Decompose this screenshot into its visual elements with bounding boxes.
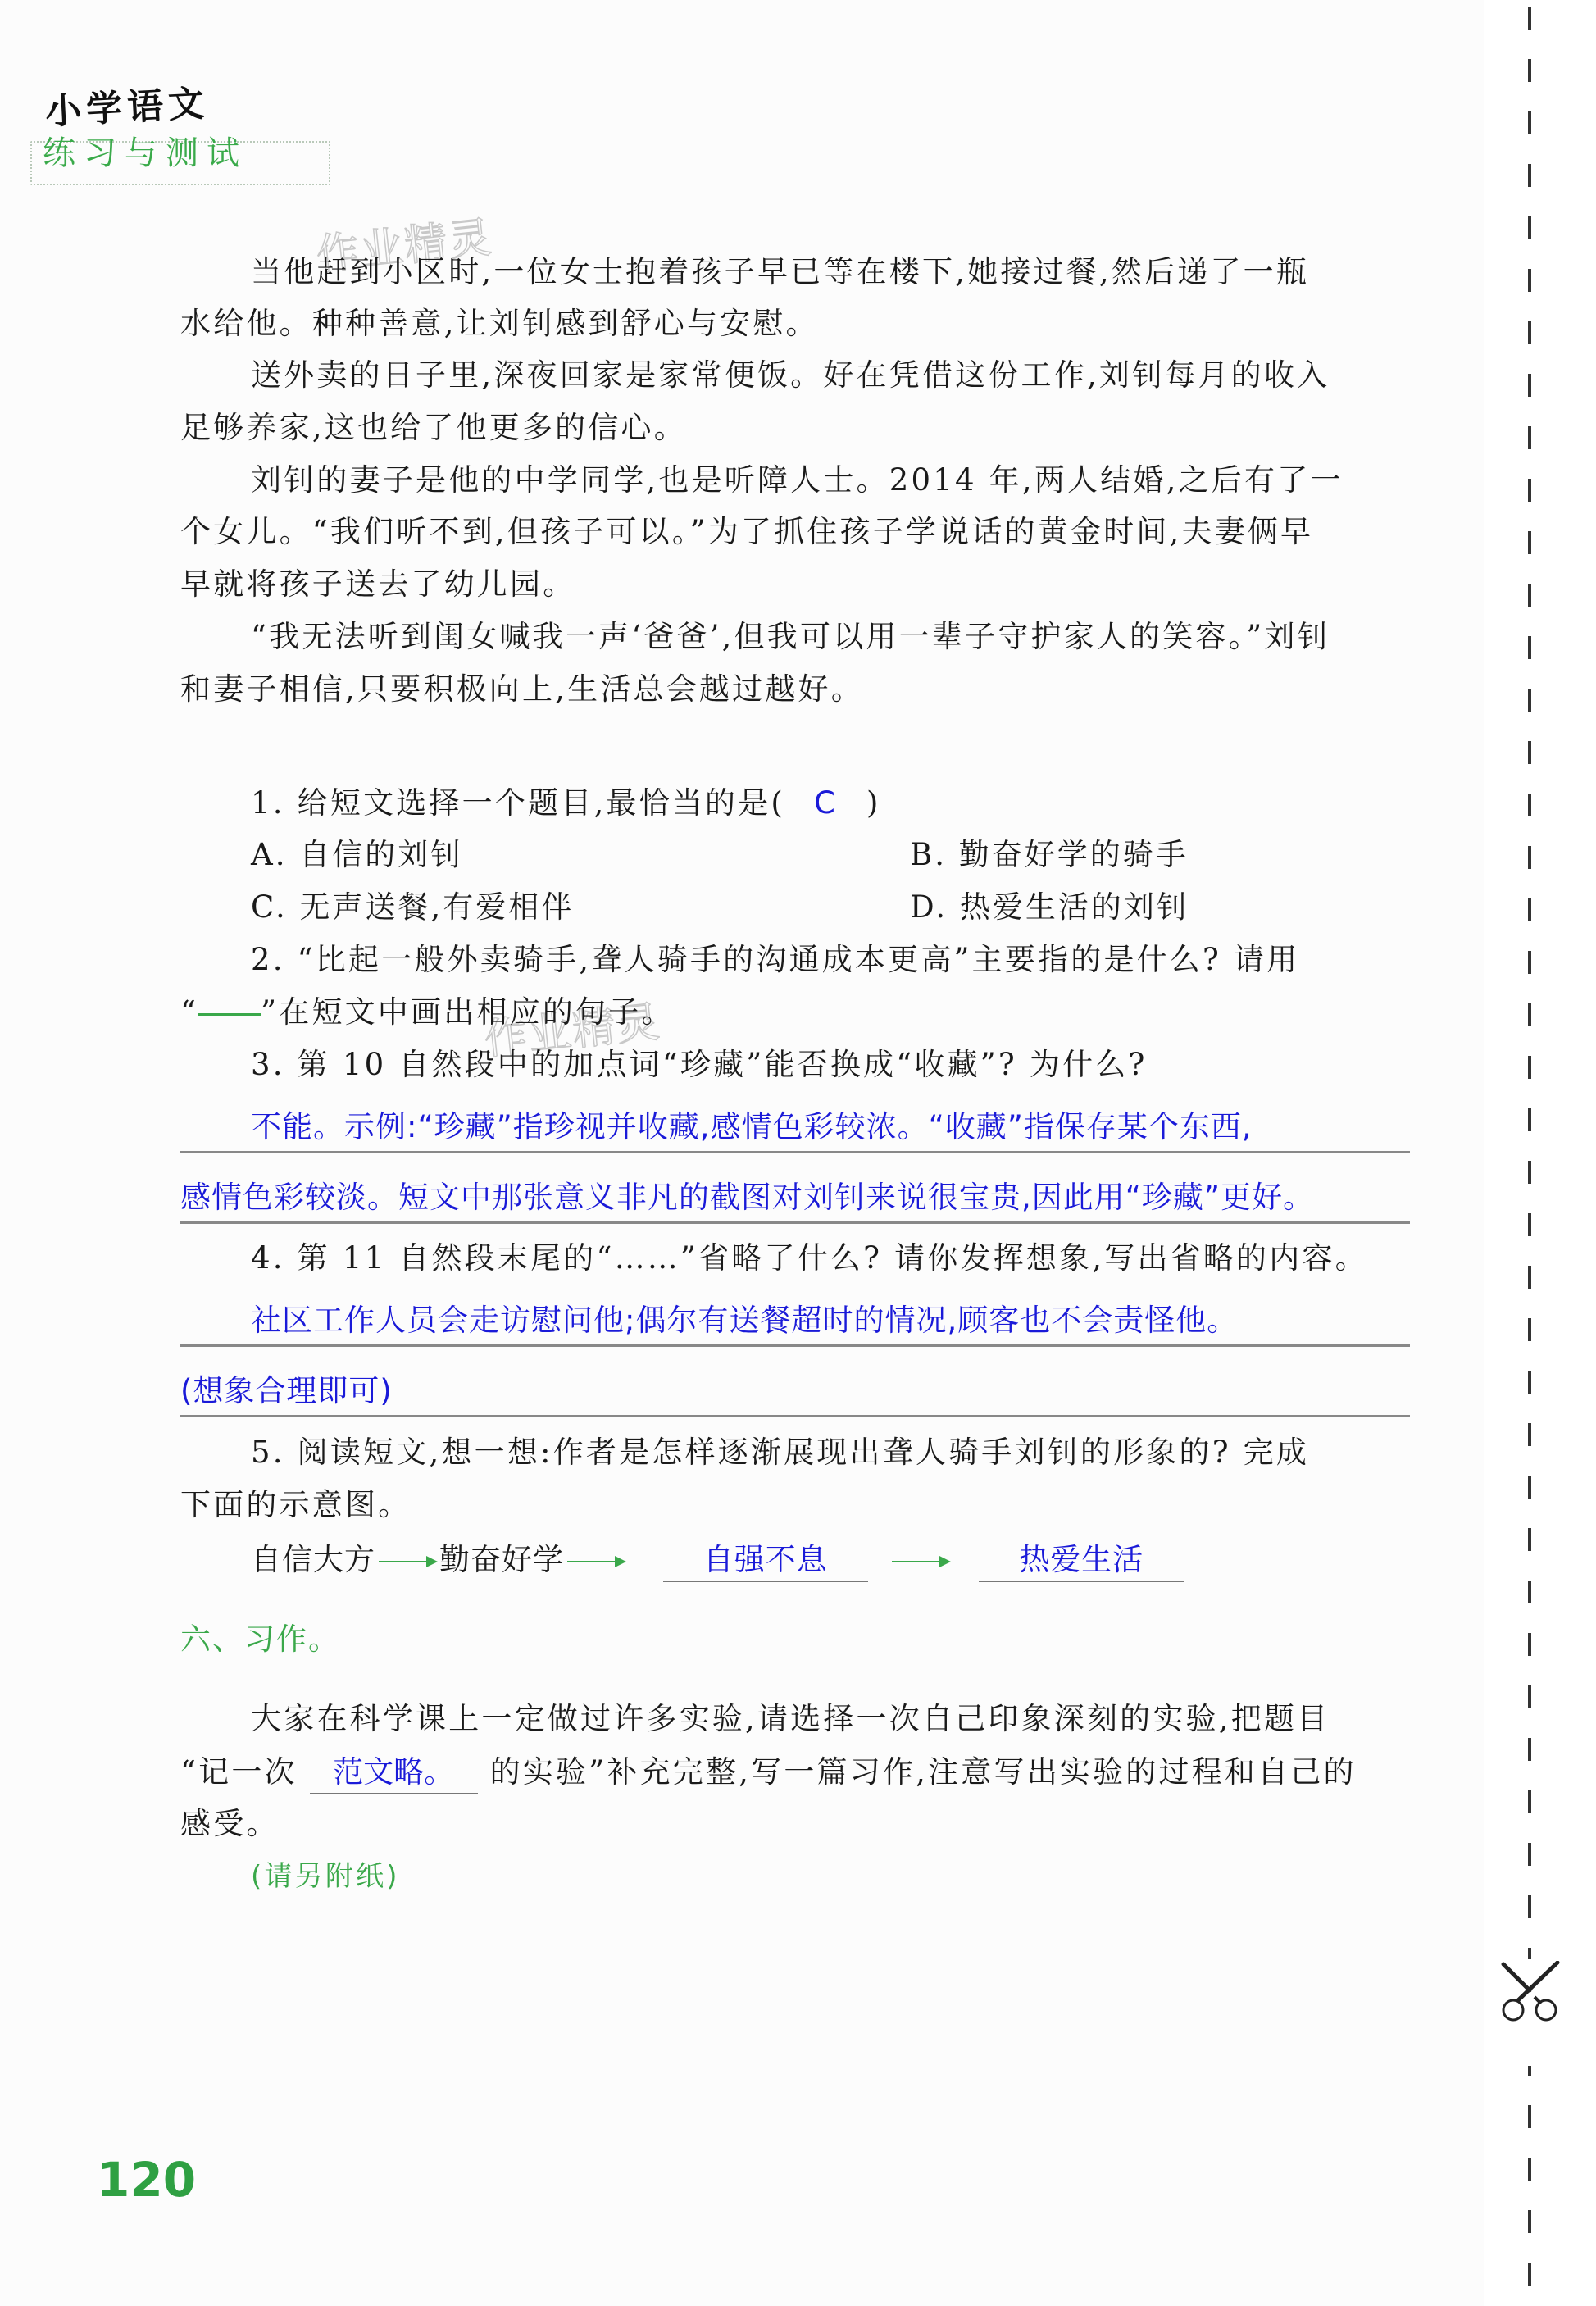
passage-line: 和妻子相信,只要积极向上,生活总会越过越好。 <box>180 669 864 710</box>
series-subtitle: 练习与测试 <box>43 127 248 174</box>
question-5-line1: 5. 阅读短文,想一想:作者是怎样逐渐展现出聋人骑手刘钊的形象的? 完成 <box>180 1432 1309 1473</box>
section-6-note: (请另附纸) <box>180 1856 400 1897</box>
question-4-prompt: 4. 第 11 自然段末尾的“……”省略了什么? 请你发挥想象,写出省略的内容。 <box>180 1238 1368 1279</box>
answer-rule <box>180 1344 1410 1347</box>
question-3-answer-line1: 不能。示例:“珍藏”指珍视并收藏,感情色彩较浓。“收藏”指保存某个东西, <box>180 1107 1253 1148</box>
question-3-prompt: 3. 第 10 自然段中的加点词“珍藏”能否换成“收藏”? 为什么? <box>180 1044 1148 1085</box>
passage-line: 水给他。种种善意,让刘钊感到舒心与安慰。 <box>180 303 819 344</box>
passage-line: 刘钊的妻子是他的中学同学,也是听障人士。2014 年,两人结婚,之后有了一 <box>180 460 1344 501</box>
question-1: 1. 给短文选择一个题目,最恰当的是( C ) <box>180 783 881 824</box>
question-4-answer-line1: 社区工作人员会走访慰问他;偶尔有送餐超时的情况,顾客也不会责怪他。 <box>180 1300 1238 1341</box>
passage-line: 个女儿。“我们听不到,但孩子可以。”为了抓住孩子学说话的黄金时间,夫妻俩早 <box>180 512 1313 553</box>
flow-step-2: 勤奋好学 <box>439 1542 564 1577</box>
option-b: B. 勤奋好学的骑手 <box>910 835 1189 876</box>
section-6-line1: 大家在科学课上一定做过许多实验,请选择一次自己印象深刻的实验,把题目 <box>180 1699 1330 1740</box>
arrow-right-icon <box>379 1561 436 1562</box>
answer-rule <box>180 1151 1410 1153</box>
section-6-line2: “记一次 范文略。 的实验”补充完整,写一篇习作,注意写出实验的过程和自己的 <box>180 1752 1357 1794</box>
section-6-heading: 六、习作。 <box>180 1619 340 1660</box>
passage-line: 送外卖的日子里,深夜回家是家常便饭。好在凭借这份工作,刘钊每月的收入 <box>180 355 1330 396</box>
flow-step-1: 自信大方 <box>251 1542 375 1577</box>
question-1-close: ) <box>866 785 881 821</box>
question-3-answer-line2: 感情色彩较淡。短文中那张意义非凡的截图对刘钊来说很宝贵,因此用“珍藏”更好。 <box>180 1177 1314 1218</box>
passage-line: 足够养家,这也给了他更多的信心。 <box>180 407 687 448</box>
flow-step-4-blank: 热爱生活 <box>979 1540 1184 1582</box>
question-1-prompt: 1. 给短文选择一个题目,最恰当的是( <box>251 785 785 821</box>
essay-title-blank: 范文略。 <box>310 1752 478 1794</box>
green-underline-mark <box>198 1013 261 1016</box>
option-a: A. 自信的刘钊 <box>251 835 463 876</box>
question-1-answer: C <box>798 785 854 821</box>
question-5-line2: 下面的示意图。 <box>180 1485 411 1526</box>
scissors-icon <box>1497 1961 1562 2026</box>
passage-line: “我无法听到闺女喊我一声‘爸爸’,但我可以用一辈子守护家人的笑容。”刘钊 <box>180 616 1330 657</box>
section-6-line3: 感受。 <box>180 1803 280 1844</box>
flow-step-3-blank: 自强不息 <box>663 1540 868 1582</box>
question-4-answer-line2: (想象合理即可) <box>180 1371 393 1412</box>
question-2-line1: 2. “比起一般外卖骑手,聋人骑手的沟通成本更高”主要指的是什么? 请用 <box>180 939 1299 980</box>
series-title: 小学语文 <box>43 74 210 134</box>
passage-line: 早就将孩子送去了幼儿园。 <box>180 564 575 605</box>
page-number: 120 <box>97 2152 196 2208</box>
option-d: D. 热爱生活的刘钊 <box>910 887 1189 928</box>
option-c: C. 无声送餐,有爱相伴 <box>251 887 574 928</box>
image-flow-diagram: 自信大方勤奋好学 自强不息 热爱生活 <box>180 1540 1184 1582</box>
arrow-right-icon <box>567 1561 625 1562</box>
answer-rule <box>180 1415 1410 1417</box>
question-2-line2: “”在短文中画出相应的句子。 <box>180 992 675 1033</box>
arrow-right-icon <box>892 1561 949 1562</box>
answer-rule <box>180 1221 1410 1224</box>
passage-line: 当他赶到小区时,一位女士抱着孩子早已等在楼下,她接过餐,然后递了一瓶 <box>180 252 1309 293</box>
